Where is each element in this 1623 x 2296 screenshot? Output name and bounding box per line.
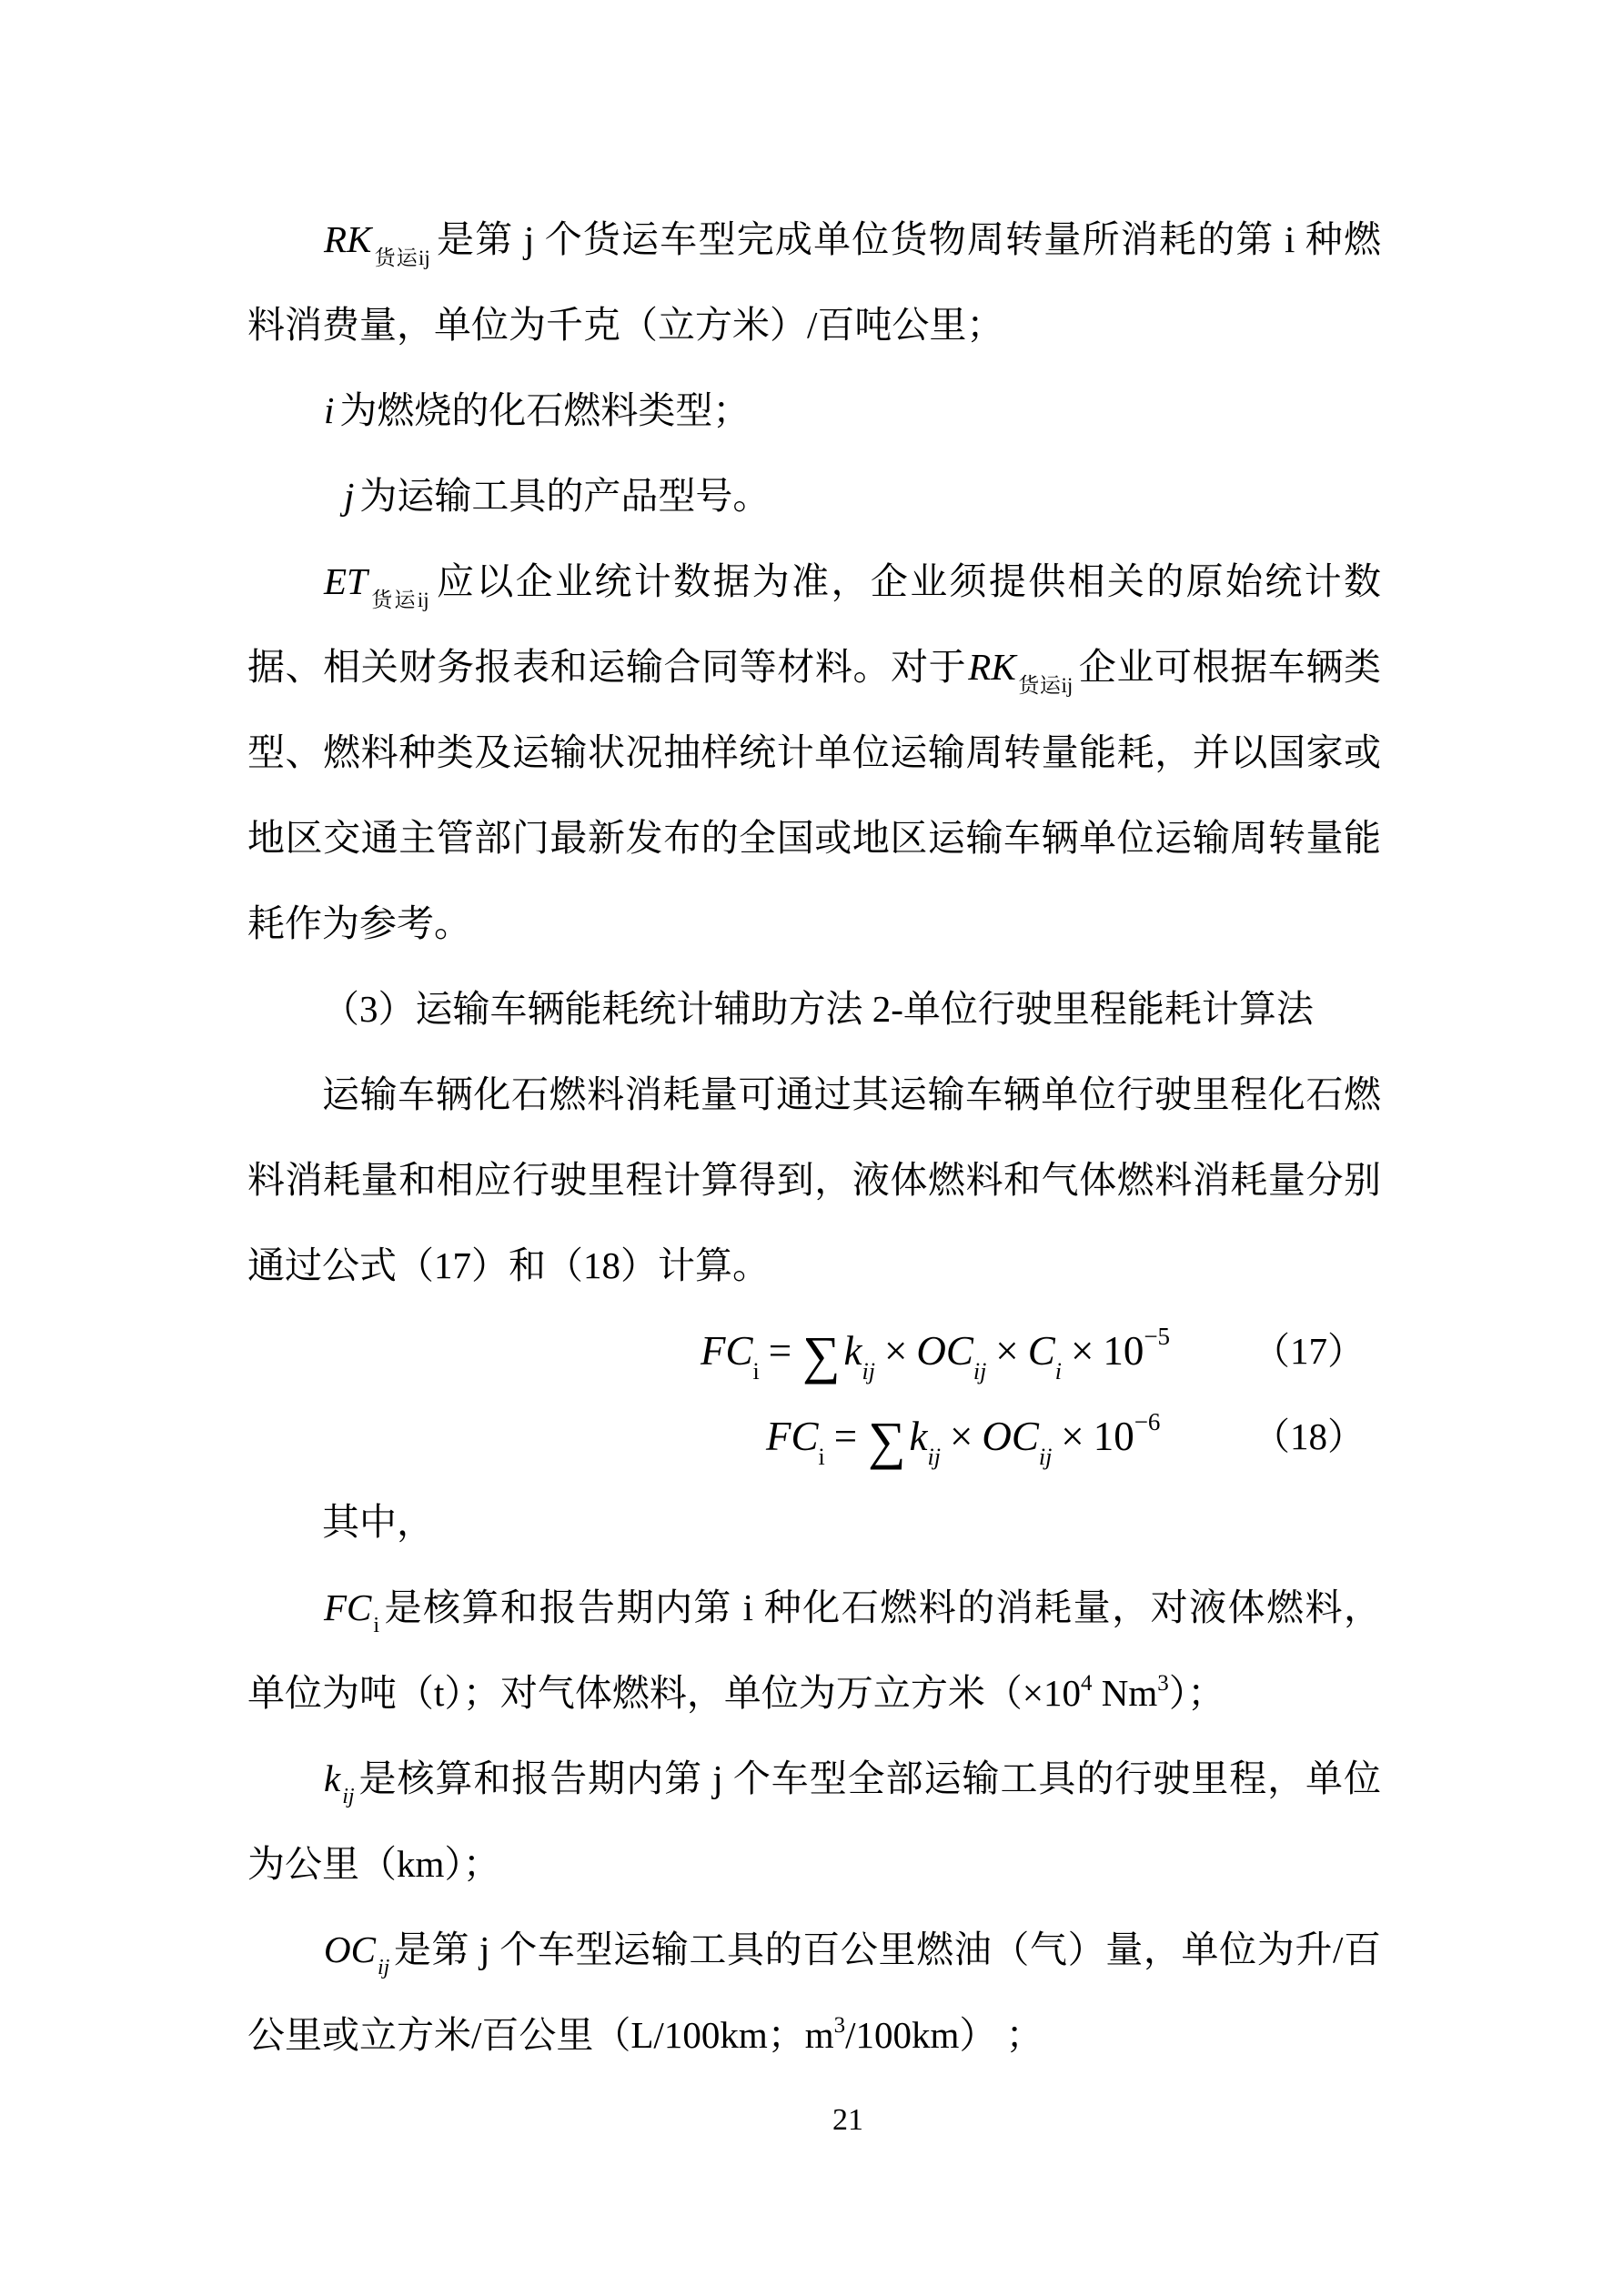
- variable-rk: RK: [968, 646, 1015, 688]
- body-text: Nm: [1093, 1672, 1158, 1714]
- body-text: 是第 j 个车型运输工具的百公里燃油（气）量，单位为升/百公里或立方米/百公里（…: [247, 1928, 1381, 2056]
- formula-var-k: k: [844, 1328, 862, 1374]
- formula-sub-ij: ij: [862, 1358, 874, 1385]
- variable-et: ET: [324, 560, 368, 602]
- equation-18-number: （18）: [1253, 1394, 1365, 1479]
- body-text: 运输车辆化石燃料消耗量可通过其运输车辆单位行驶里程化石燃料消耗量和相应行驶里程计…: [247, 1073, 1381, 1286]
- superscript-4: 4: [1081, 1671, 1093, 1696]
- formula-var-fc: FC: [701, 1328, 753, 1374]
- body-text: ）；: [1169, 1672, 1225, 1714]
- paragraph-ocij-definition: OCij是第 j 个车型运输工具的百公里燃油（气）量，单位为升/百公里或立方米/…: [247, 1907, 1381, 2078]
- paragraph-rk-freight-definition: RK货运ij是第 j 个货运车型完成单位货物周转量所消耗的第 i 种燃料消费量，…: [247, 196, 1381, 368]
- formula-var-c: C: [1028, 1328, 1055, 1374]
- multiply-sign: ×: [995, 1328, 1018, 1374]
- formula-var-oc: OC: [982, 1414, 1039, 1459]
- variable-fc: FC: [324, 1586, 371, 1628]
- document-page: RK货运ij是第 j 个货运车型完成单位货物周转量所消耗的第 i 种燃料消费量，…: [0, 0, 1623, 2296]
- equation-18-row: FCi=∑kij×OCij×10−6 （18）: [247, 1394, 1381, 1479]
- multiply-sign: ×: [1061, 1414, 1084, 1459]
- variable-k: k: [324, 1757, 340, 1799]
- body-text: 是第 j 个货运车型完成单位货物周转量所消耗的第 i 种燃料消费量，单位为千克（…: [247, 218, 1381, 346]
- variable-oc: OC: [324, 1928, 376, 1970]
- formula-exponent: −5: [1144, 1323, 1170, 1350]
- summation-sign: ∑: [868, 1411, 905, 1470]
- multiply-sign: ×: [950, 1414, 973, 1459]
- heading-method-3: （3）运输车辆能耗统计辅助方法 2-单位行驶里程能耗计算法: [247, 966, 1381, 1052]
- variable-et-subscript: 货运ij: [369, 589, 429, 611]
- formula-var-k: k: [910, 1414, 928, 1459]
- formula-sub-ij: ij: [973, 1358, 986, 1385]
- formula-exponent: −6: [1134, 1408, 1161, 1435]
- superscript-3: 3: [1157, 1671, 1169, 1696]
- variable-j: j: [344, 475, 354, 517]
- formula-base-10: 10: [1103, 1328, 1144, 1374]
- body-text: 为运输工具的产品型号。: [359, 475, 770, 517]
- variable-fc-subscript: i: [373, 1614, 379, 1637]
- heading-text: （3）运输车辆能耗统计辅助方法 2-单位行驶里程能耗计算法: [322, 988, 1314, 1030]
- formula-sub-i: i: [753, 1358, 760, 1385]
- body-text: /100km） ；: [845, 2014, 1043, 2056]
- equals-sign: =: [769, 1328, 791, 1374]
- formula-var-fc: FC: [766, 1414, 819, 1459]
- equation-17-number: （17）: [1253, 1308, 1365, 1394]
- body-text: 是核算和报告期内第 j 个车型全部运输工具的行驶里程，单位为公里（km）；: [247, 1757, 1381, 1885]
- body-text: 为燃烧的化石燃料类型；: [339, 389, 750, 431]
- paragraph-where: 其中，: [247, 1479, 1381, 1565]
- superscript-3: 3: [834, 2013, 846, 2038]
- formula-sub-ij: ij: [1039, 1444, 1052, 1470]
- equation-18-expression: FCi=∑kij×OCij×10−6: [766, 1394, 1160, 1479]
- summation-sign: ∑: [802, 1325, 840, 1385]
- equation-17-row: FCi=∑kij×OCij×Ci×10−5 （17）: [247, 1308, 1381, 1394]
- formula-var-oc: OC: [916, 1328, 973, 1374]
- paragraph-et-freight-data-source: ET货运ij应以企业统计数据为准，企业须提供相关的原始统计数据、相关财务报表和运…: [247, 539, 1381, 966]
- formula-base-10: 10: [1094, 1414, 1134, 1459]
- equals-sign: =: [834, 1414, 857, 1459]
- body-text: 其中，: [322, 1501, 434, 1543]
- paragraph-i-definition: i为燃烧的化石燃料类型；: [247, 368, 1381, 453]
- formula-sub-i: i: [1055, 1358, 1062, 1385]
- variable-rk-subscript: 货运ij: [1018, 674, 1074, 697]
- variable-rk: RK: [324, 218, 371, 260]
- paragraph-fci-definition: FCi是核算和报告期内第 i 种化石燃料的消耗量，对液体燃料，单位为吨（t）；对…: [247, 1565, 1381, 1736]
- variable-i: i: [324, 389, 334, 431]
- multiply-sign: ×: [884, 1328, 907, 1374]
- equation-17-expression: FCi=∑kij×OCij×Ci×10−5: [701, 1308, 1170, 1394]
- multiply-sign: ×: [1071, 1328, 1094, 1374]
- page-number: 21: [281, 2089, 1415, 2152]
- variable-k-subscript: ij: [342, 1785, 354, 1808]
- paragraph-kij-definition: kij是核算和报告期内第 j 个车型全部运输工具的行驶里程，单位为公里（km）；: [247, 1736, 1381, 1907]
- body-text: 企业可根据车辆类型、燃料种类及运输状况抽样统计单位运输周转量能耗，并以国家或地区…: [247, 646, 1381, 944]
- formula-sub-i: i: [819, 1444, 825, 1470]
- formula-sub-ij: ij: [927, 1444, 940, 1470]
- variable-rk-subscript: 货运ij: [373, 247, 429, 269]
- paragraph-method-description: 运输车辆化石燃料消耗量可通过其运输车辆单位行驶里程化石燃料消耗量和相应行驶里程计…: [247, 1052, 1381, 1308]
- paragraph-j-definition: j为运输工具的产品型号。: [247, 453, 1381, 539]
- page-body: RK货运ij是第 j 个货运车型完成单位货物周转量所消耗的第 i 种燃料消费量，…: [247, 196, 1381, 2078]
- variable-oc-subscript: ij: [378, 1956, 389, 1979]
